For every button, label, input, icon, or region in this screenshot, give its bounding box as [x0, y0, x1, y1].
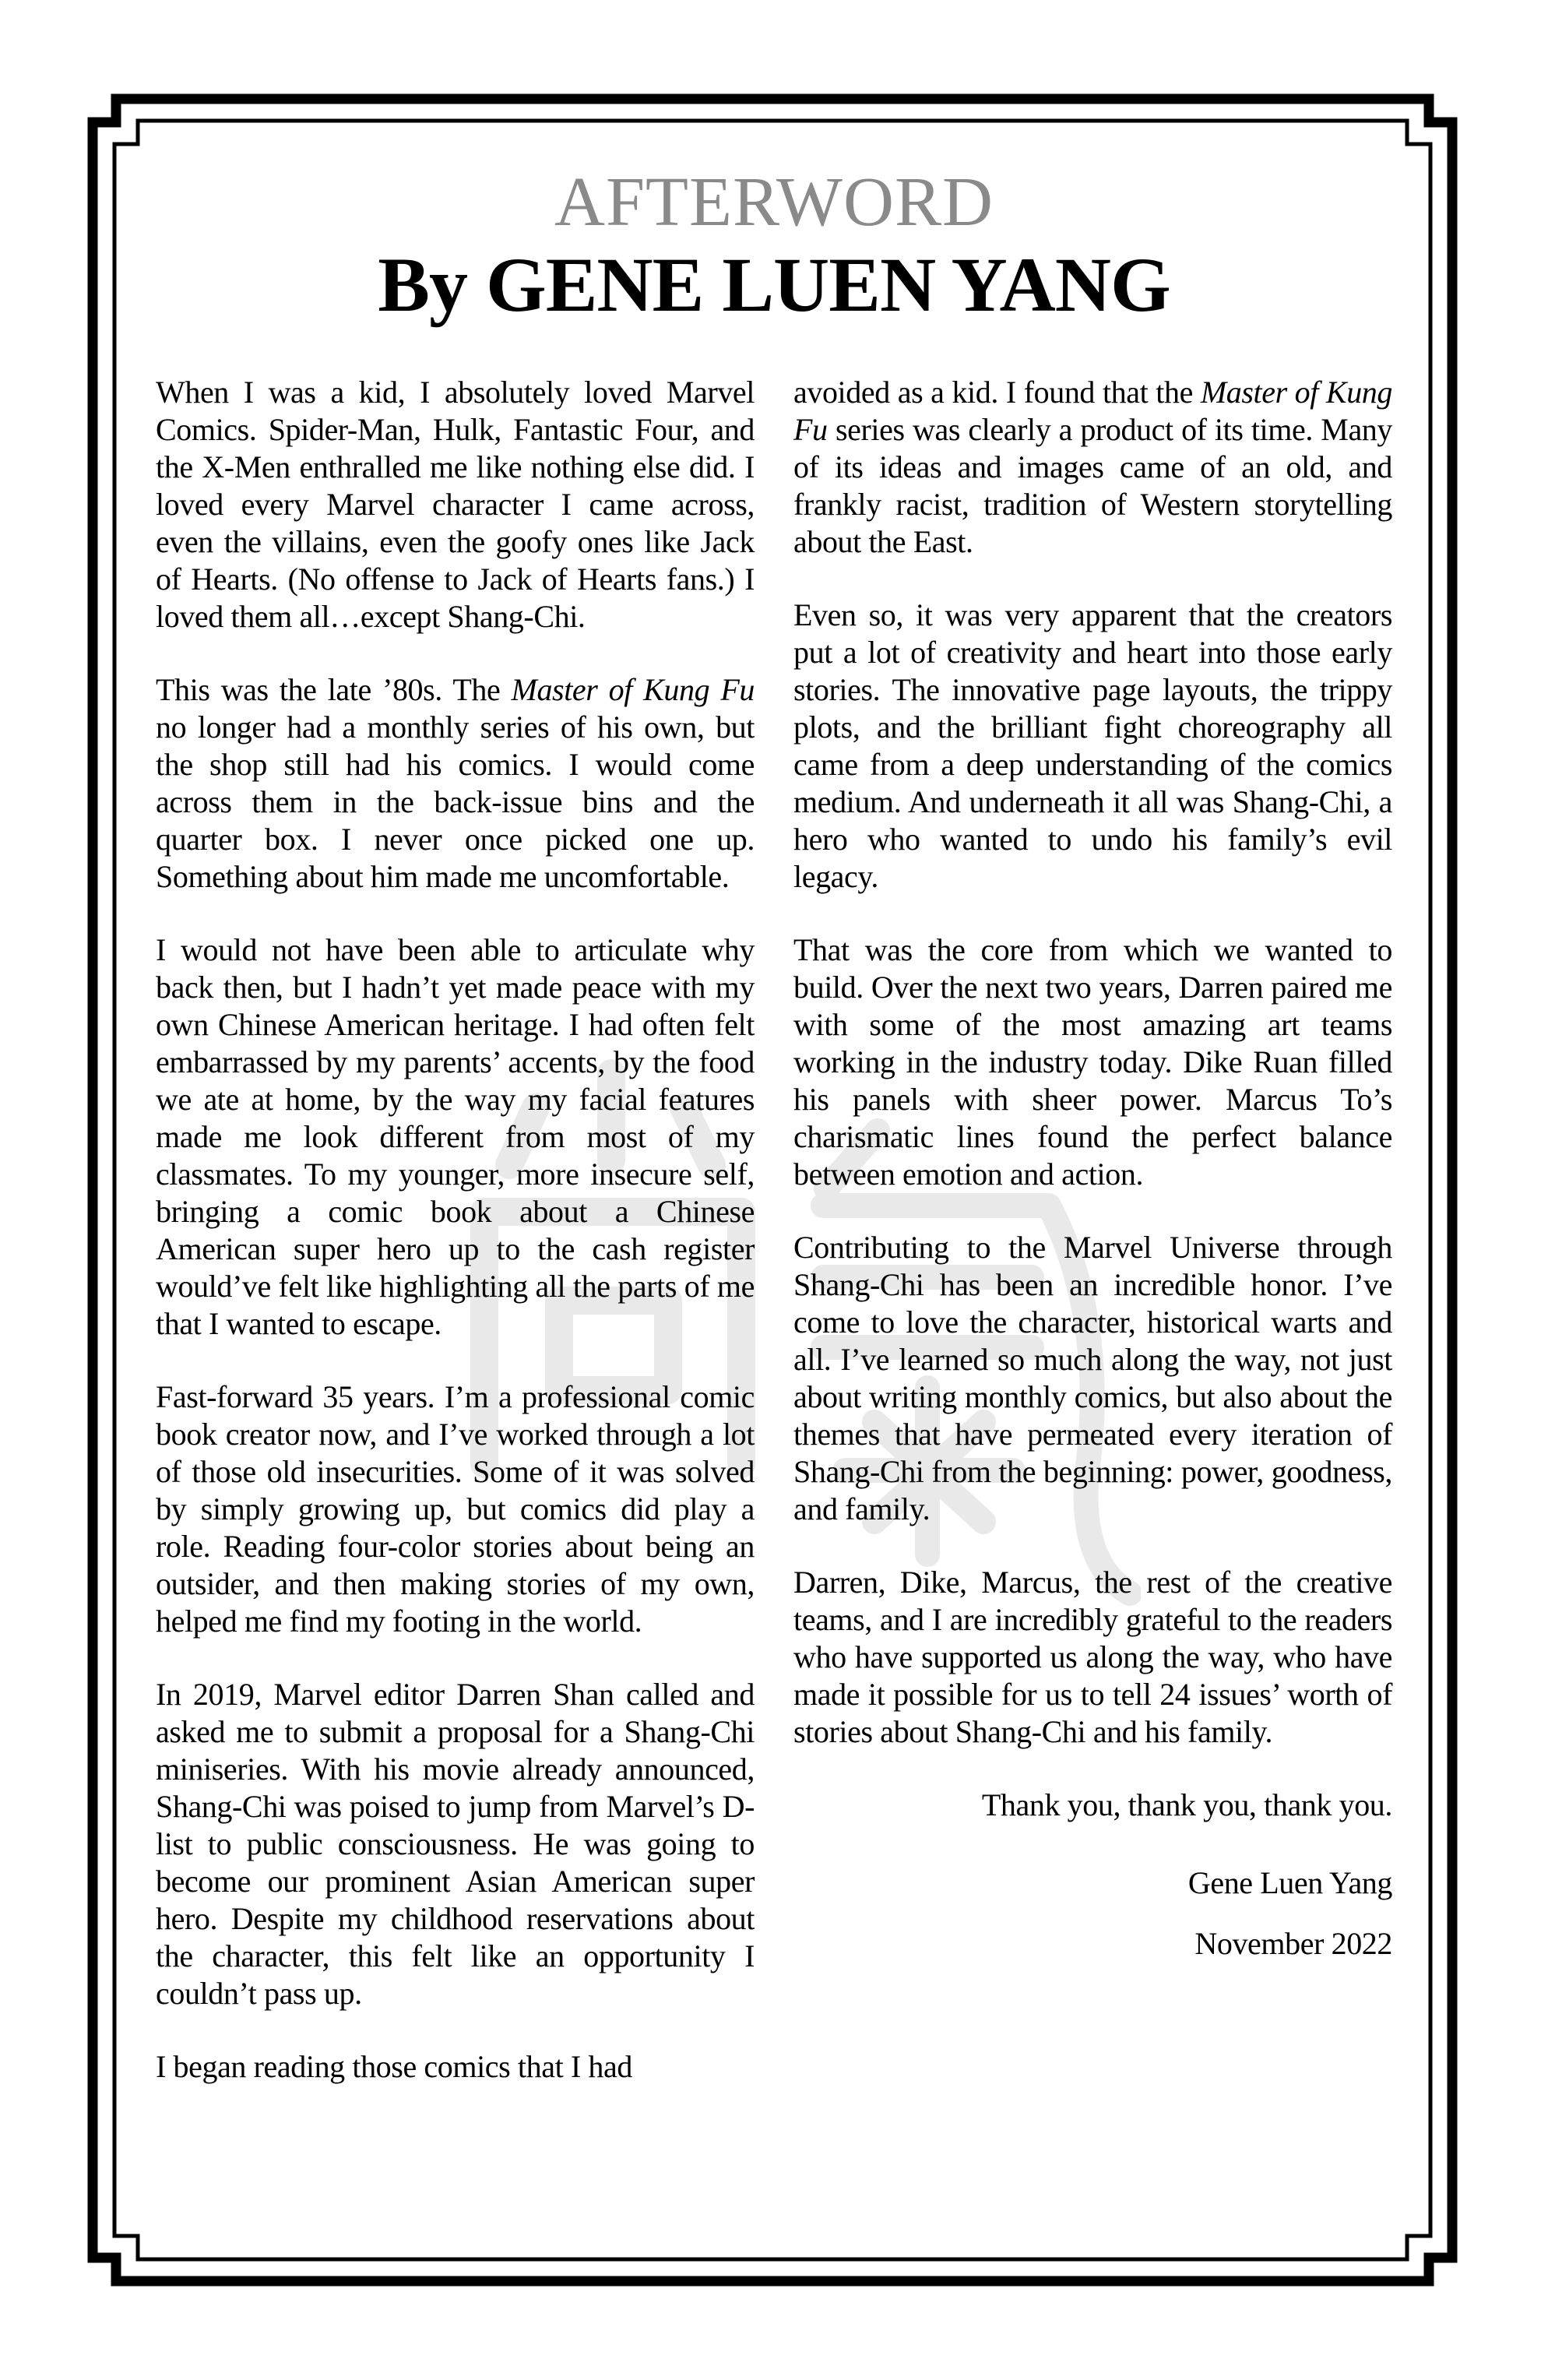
text-run: I would not have been able to articulate… [156, 932, 755, 1341]
text-run: I began reading those comics that I had [156, 2049, 632, 2084]
page-title: By GENE LUEN YANG [156, 243, 1392, 327]
paragraph: I would not have been able to articulate… [156, 931, 755, 1343]
text-run: avoided as a kid. I found that the [793, 375, 1201, 410]
text-run: That was the core from which we wanted t… [793, 932, 1392, 1192]
page-title-kicker: AFTERWORD [156, 164, 1392, 241]
column-left: When I was a kid, I absolutely loved Mar… [156, 374, 755, 2086]
text-run: In 2019, Marvel editor Darren Shan calle… [156, 1677, 755, 2011]
paragraph: Contributing to the Marvel Universe thro… [793, 1229, 1392, 1528]
text-run: Fast-forward 35 years. I’m a professiona… [156, 1379, 755, 1639]
thank-you-line: Thank you, thank you, thank you. [793, 1787, 1392, 1824]
paragraph: Fast-forward 35 years. I’m a professiona… [156, 1378, 755, 1640]
paragraph: That was the core from which we wanted t… [793, 931, 1392, 1193]
signature-name: Gene Luen Yang [793, 1864, 1392, 1902]
paragraph: avoided as a kid. I found that the Maste… [793, 374, 1392, 561]
paragraph: I began reading those comics that I had [156, 2048, 755, 2086]
column-right: avoided as a kid. I found that the Maste… [793, 374, 1392, 2086]
text-run: This was the late ’80s. The [156, 672, 512, 707]
paragraph: This was the late ’80s. The Master of Ku… [156, 671, 755, 896]
text-run: Even so, it was very apparent that the c… [793, 597, 1392, 894]
paragraph: Darren, Dike, Marcus, the rest of the cr… [793, 1564, 1392, 1751]
text-run: no longer had a monthly series of his ow… [156, 709, 755, 894]
paragraph: In 2019, Marvel editor Darren Shan calle… [156, 1676, 755, 2012]
paragraph: Even so, it was very apparent that the c… [793, 597, 1392, 896]
text-run: Thank you, thank you, thank you. [982, 1787, 1392, 1822]
text-run: When I was a kid, I absolutely loved Mar… [156, 375, 755, 634]
signature-date: November 2022 [793, 1925, 1392, 1963]
two-column-body: When I was a kid, I absolutely loved Mar… [156, 374, 1392, 2086]
signature-block: Gene Luen Yang November 2022 [793, 1864, 1392, 1963]
text-run: series was clearly a product of its time… [793, 412, 1392, 559]
paragraph: When I was a kid, I absolutely loved Mar… [156, 374, 755, 635]
italic-title-run: Master of Kung Fu [512, 672, 755, 707]
text-run: Contributing to the Marvel Universe thro… [793, 1230, 1392, 1526]
page-content: AFTERWORD By GENE LUEN YANG When I was a… [156, 164, 1392, 2086]
text-run: Darren, Dike, Marcus, the rest of the cr… [793, 1565, 1392, 1749]
